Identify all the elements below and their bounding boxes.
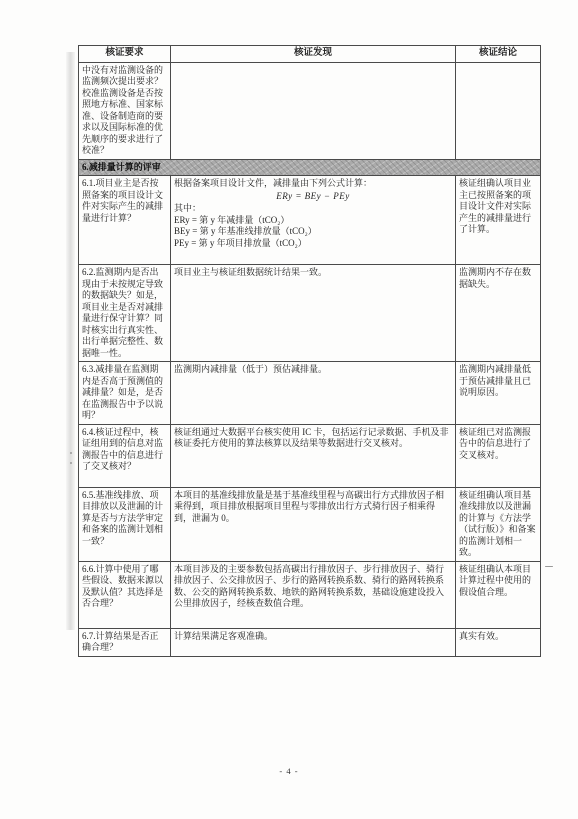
cell-conclusion (456, 62, 541, 159)
table-row-6-7: 6.7.计算结果是否正确合理？ 计算结果满足客观准确。 真实有效。 (79, 628, 541, 656)
formula-where-label: 其中： (174, 203, 452, 215)
cell-conclusion: 监测期内不存在数据缺失。 (456, 265, 541, 362)
scanner-shadow-artifact (66, 52, 75, 630)
cell-conclusion: 核证组已对监测报告中的信息进行了交叉核对。 (456, 424, 541, 487)
formula-def: BEy = 第 y 年基准线排放量（tCO₂） (174, 226, 452, 238)
cell-finding: 项目业主与核证组数据统计结果一致。 (171, 265, 456, 362)
cell-requirement: 6.2.监测期内是否出现由于未按规定导致的数据缺失？如是，项目业主是否对减排量进… (79, 265, 171, 362)
table-row-6-5: 6.5.基准线排放、项目排放以及泄漏的计算是否与方法学审定和备案的监测计划相一致… (79, 487, 541, 561)
finding-intro: 根据备案项目设计文件，减排量由下列公式计算： (174, 178, 452, 190)
cell-requirement: 中没有对监测设备的监测频次提出要求？校准监测设备是否按照地方标准、国家标准、设备… (79, 62, 171, 159)
scan-speck (70, 452, 72, 454)
cell-finding: 本项目涉及的主要参数包括高碳出行排放因子、步行排放因子、骑行排放因子、公交排放因… (171, 561, 456, 628)
cell-requirement: 6.7.计算结果是否正确合理？ (79, 628, 171, 656)
verification-table: 核证要求 核证发现 核证结论 中没有对监测设备的监测频次提出要求？校准监测设备是… (78, 45, 541, 657)
formula-def: PEy = 第 y 年项目排放量（tCO₂） (174, 238, 452, 250)
cell-finding: 核证组通过大数据平台核实使用 IC 卡，包括运行记录数据、手机及非核证委托方使用… (171, 424, 456, 487)
cell-finding: 计算结果满足客观准确。 (171, 628, 456, 656)
scan-speck (70, 462, 72, 464)
table-row-6-3: 6.3.减排量在监测期内是否高于预测值的减排量？如是，是否在监测报告中予以说明？… (79, 362, 541, 425)
formula-block: ERy = BEy − PEy (174, 191, 452, 203)
cell-finding: 本项目的基准线排放量是基于基准线里程与高碳出行方式排放因子相乘得到，项目排放根据… (171, 487, 456, 561)
cell-finding: 根据备案项目设计文件，减排量由下列公式计算： ERy = BEy − PEy 其… (171, 176, 456, 265)
cell-conclusion: 监测期内减排量低于预估减排量且已说明原因。 (456, 362, 541, 425)
header-conclusion: 核证结论 (456, 46, 541, 63)
page-number: - 4 - (0, 766, 578, 776)
cell-conclusion: 核证组确认本项目计算过程中使用的假设值合理。 (456, 561, 541, 628)
cell-conclusion: 核证组确认项目基准线排放以及泄漏的计算与《方法学（试行版）》和备案的监测计划相一… (456, 487, 541, 561)
cell-requirement: 6.3.减排量在监测期内是否高于预测值的减排量？如是，是否在监测报告中予以说明？ (79, 362, 171, 425)
table-row-6-4: 6.4.核证过程中，核证组用到的信息对监测报告中的信息进行了交叉核对？ 核证组通… (79, 424, 541, 487)
table-row-6-6: 6.6.计算中使用了哪些假设、数据来源以及默认值？其选择是否合理？ 本项目涉及的… (79, 561, 541, 628)
cell-requirement: 6.6.计算中使用了哪些假设、数据来源以及默认值？其选择是否合理？ (79, 561, 171, 628)
cell-requirement: 6.1.项目业主是否按照备案的项目设计文件对实际产生的减排量进行计算？ (79, 176, 171, 265)
cell-finding (171, 62, 456, 159)
scanned-document-page: 核证要求 核证发现 核证结论 中没有对监测设备的监测频次提出要求？校准监测设备是… (0, 0, 578, 819)
table-row-6-1: 6.1.项目业主是否按照备案的项目设计文件对实际产生的减排量进行计算？ 根据备案… (79, 176, 541, 265)
cell-conclusion: 真实有效。 (456, 628, 541, 656)
header-finding: 核证发现 (171, 46, 456, 63)
scan-speck (545, 566, 553, 567)
table-row-6-2: 6.2.监测期内是否出现由于未按规定导致的数据缺失？如是，项目业主是否对减排量进… (79, 265, 541, 362)
header-requirement: 核证要求 (79, 46, 171, 63)
cell-conclusion: 核证组确认项目业主已按照备案的项目设计文件对实际产生的减排量进行了计算。 (456, 176, 541, 265)
table-header-row: 核证要求 核证发现 核证结论 (79, 46, 541, 63)
formula-def: ERy = 第 y 年减排量（tCO₂） (174, 215, 452, 227)
section-header-row: 6.减排量计算的评审 (79, 159, 541, 176)
section-title: 6.减排量计算的评审 (79, 159, 541, 176)
cell-requirement: 6.5.基准线排放、项目排放以及泄漏的计算是否与方法学审定和备案的监测计划相一致… (79, 487, 171, 561)
cell-requirement: 6.4.核证过程中，核证组用到的信息对监测报告中的信息进行了交叉核对？ (79, 424, 171, 487)
table-row-carryover: 中没有对监测设备的监测频次提出要求？校准监测设备是否按照地方标准、国家标准、设备… (79, 62, 541, 159)
cell-finding: 监测期内减排量（低于）预估减排量。 (171, 362, 456, 425)
